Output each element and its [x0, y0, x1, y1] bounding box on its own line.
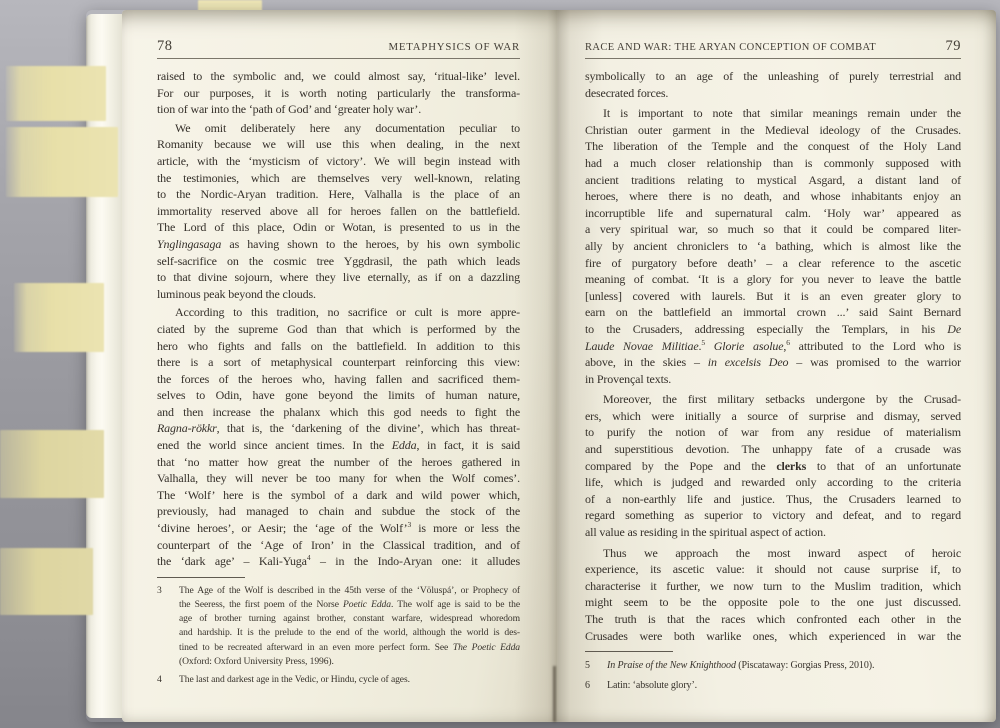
- scanned-book-spread: 78 METAPHYSICS OF WAR raised to the symb…: [0, 0, 1000, 728]
- text-line: hero who fights and falls on the battlef…: [157, 338, 520, 355]
- text-line: above, in the skies – in excelsis Deo – …: [585, 354, 961, 371]
- text-line: to that divine sojourn, where they live …: [157, 269, 520, 286]
- page-number-right: 79: [946, 38, 962, 55]
- gutter-crease: [553, 666, 556, 722]
- open-book: 78 METAPHYSICS OF WAR raised to the symb…: [86, 10, 996, 722]
- text-line: earn on the battlefield an immortal crow…: [585, 304, 961, 321]
- text-line: Ynglingasaga as having shown to the hero…: [157, 236, 520, 253]
- text-line: that ‘no matter how great the number of …: [157, 454, 520, 471]
- text-line: compared by the Pope and the clerks to t…: [585, 458, 961, 475]
- paragraph: According to this tradition, no sacrific…: [157, 304, 520, 570]
- text-line: article, with the ‘mysticism of victory’…: [157, 153, 520, 170]
- text-line: the testimonies, which are themselves ve…: [157, 170, 520, 187]
- paragraph: raised to the symbolic and, we could alm…: [157, 68, 520, 118]
- text-line: and superstitious devotion. The unhappy …: [585, 441, 961, 458]
- footnote: 3The Age of the Wolf is described in the…: [157, 584, 520, 669]
- text-line: meaning of combat. ‘It is a glory for yo…: [585, 271, 961, 288]
- text-line: characterise it further, we now turn to …: [585, 578, 961, 595]
- text-line: The liberation of the Temple and the con…: [585, 138, 961, 155]
- text-line: self-sacrifice on the cosmic tree Yggdra…: [157, 253, 520, 270]
- paragraph: We omit deliberately here any documentat…: [157, 120, 520, 303]
- sticky-tab: [6, 66, 106, 121]
- footnote: 4The last and darkest age in the Vedic, …: [157, 673, 520, 687]
- text-line: Ragna-rökkr, that is, the ‘darkening of …: [157, 420, 520, 437]
- text-line: of a non-earthly life and justice. Thus,…: [585, 491, 961, 508]
- right-running-header: RACE AND WAR: THE ARYAN CONCEPTION OF CO…: [585, 38, 961, 59]
- right-body-text: symbolically to an age of the unleashing…: [585, 68, 961, 644]
- left-footnotes: 3The Age of the Wolf is described in the…: [157, 584, 520, 687]
- text-line: [unless] covered with laurels. But it is…: [585, 288, 961, 305]
- footnote-line: the Seeress, the first poem of the Norse…: [179, 598, 520, 612]
- text-line: regard something as superior to victory …: [585, 507, 961, 524]
- text-line: The ‘Wolf’ here is the symbol of a dark …: [157, 487, 520, 504]
- text-line: might seem to be the opposite pole to th…: [585, 594, 961, 611]
- left-body-text: raised to the symbolic and, we could alm…: [157, 68, 520, 570]
- text-line: ally by ancient chroniclers to ‘a bathin…: [585, 238, 961, 255]
- text-line: desecrated forces.: [585, 85, 961, 102]
- text-line: ancient traditions relating to mystical …: [585, 172, 961, 189]
- text-line: and then increase the phalanx which this…: [157, 404, 520, 421]
- text-line: a very spiritual war, so much so that it…: [585, 221, 961, 238]
- text-line: to purify the notion of war from any res…: [585, 424, 961, 441]
- text-line: Christian outer garment in the Medieval …: [585, 122, 961, 139]
- text-line: We omit deliberately here any documentat…: [157, 120, 520, 137]
- sticky-tab: [14, 283, 104, 352]
- paragraph: Thus we approach the most inward aspect …: [585, 545, 961, 645]
- footnote-number: 4: [157, 673, 179, 687]
- text-line: raised to the symbolic and, we could alm…: [157, 68, 520, 85]
- footnote-separator-left: [157, 577, 245, 578]
- footnote-line: and hardship. It is the prelude to the e…: [179, 626, 520, 640]
- text-line: Romanity because we will use this when d…: [157, 136, 520, 153]
- footnote-line: tined to be recreated afterward in an ev…: [179, 641, 520, 655]
- sticky-tab: [6, 127, 118, 197]
- sticky-tab: [0, 430, 104, 498]
- paragraph: It is important to note that similar mea…: [585, 105, 961, 387]
- footnote: 6Latin: ‘absolute glory’.: [585, 678, 961, 693]
- text-line: all value as residing in the spiritual a…: [585, 524, 961, 541]
- footnote: 5In Praise of the New Knighthood (Piscat…: [585, 658, 961, 673]
- text-line: Thus we approach the most inward aspect …: [585, 545, 961, 562]
- footnote-line: The Age of the Wolf is described in the …: [179, 584, 520, 598]
- page-number-left: 78: [157, 38, 173, 55]
- footnote-line: age of brother turning against brother, …: [179, 612, 520, 626]
- footnote-line: Latin: ‘absolute glory’.: [607, 678, 961, 693]
- text-line: fire of purgatory before death’ – a clea…: [585, 255, 961, 272]
- text-line: previously, had managed to chain and sub…: [157, 503, 520, 520]
- right-text-block: RACE AND WAR: THE ARYAN CONCEPTION OF CO…: [585, 38, 961, 697]
- text-line: Crusades were both warlike ones, which e…: [585, 628, 961, 645]
- text-line: According to this tradition, no sacrific…: [157, 304, 520, 321]
- text-line: The truth is that the races which confro…: [585, 611, 961, 628]
- text-line: experience, its ascetic value: it should…: [585, 561, 961, 578]
- footnote-number: 3: [157, 584, 179, 669]
- text-line: in Provençal texts.: [585, 371, 961, 388]
- text-line: Moreover, the first military setbacks un…: [585, 391, 961, 408]
- text-line: had a much closer relationship than is c…: [585, 155, 961, 172]
- text-line: Valhalla, they will never be too many fo…: [157, 470, 520, 487]
- footnote-number: 5: [585, 658, 607, 673]
- text-line: immortality reserved above all for heroe…: [157, 203, 520, 220]
- text-line: incorruptible life and supernatural calm…: [585, 205, 961, 222]
- footnote-line: (Oxford: Oxford University Press, 1996).: [179, 655, 520, 669]
- text-line: Laude Novae Militiae.5 Glorie asolue,6 a…: [585, 338, 961, 355]
- text-line: It is important to note that similar mea…: [585, 105, 961, 122]
- text-line: ened the world since ancient times. In t…: [157, 437, 520, 454]
- paragraph: symbolically to an age of the unleashing…: [585, 68, 961, 101]
- text-line: luminous peak beyond the clouds.: [157, 286, 520, 303]
- footnote-number: 6: [585, 678, 607, 693]
- text-line: tion of war into the ‘path of God’ and ‘…: [157, 101, 520, 118]
- footnote-line: The last and darkest age in the Vedic, o…: [179, 673, 520, 687]
- text-line: ciated by the supreme God than that whic…: [157, 321, 520, 338]
- text-line: selves to Odin, have gone beyond the lim…: [157, 387, 520, 404]
- text-line: The Lord of this place, Odin or Wotan, i…: [157, 219, 520, 236]
- text-line: the ‘dark age’ – Kali-Yuga4 – in the Ind…: [157, 553, 520, 570]
- left-running-header: 78 METAPHYSICS OF WAR: [157, 38, 520, 59]
- text-line: there is a sort of metaphysical counterp…: [157, 354, 520, 371]
- footnote-line: In Praise of the New Knighthood (Piscata…: [607, 658, 961, 673]
- text-line: life, which is judged and rewarded only …: [585, 474, 961, 491]
- text-line: For our purposes, it is worth noting par…: [157, 85, 520, 102]
- running-title-left: METAPHYSICS OF WAR: [388, 41, 520, 53]
- right-footnotes: 5In Praise of the New Knighthood (Piscat…: [585, 658, 961, 693]
- footnote-separator-right: [585, 651, 673, 652]
- running-title-right: RACE AND WAR: THE ARYAN CONCEPTION OF CO…: [585, 42, 876, 53]
- paragraph: Moreover, the first military setbacks un…: [585, 391, 961, 540]
- text-line: symbolically to an age of the unleashing…: [585, 68, 961, 85]
- text-line: to the Crusaders, addressing especially …: [585, 321, 961, 338]
- text-line: ers, which were initially a source of su…: [585, 408, 961, 425]
- left-text-block: 78 METAPHYSICS OF WAR raised to the symb…: [157, 38, 520, 691]
- text-line: heroes, where there is no death, and who…: [585, 188, 961, 205]
- text-line: to the Nordic-Aryan tradition. Here, Val…: [157, 186, 520, 203]
- sticky-tab: [0, 548, 93, 615]
- text-line: counterpart of the ‘Age of Iron’ in the …: [157, 537, 520, 554]
- text-line: the forces of the heroes who, having fal…: [157, 371, 520, 388]
- text-line: ‘divine heroes’, or Aesir; the ‘age of t…: [157, 520, 520, 537]
